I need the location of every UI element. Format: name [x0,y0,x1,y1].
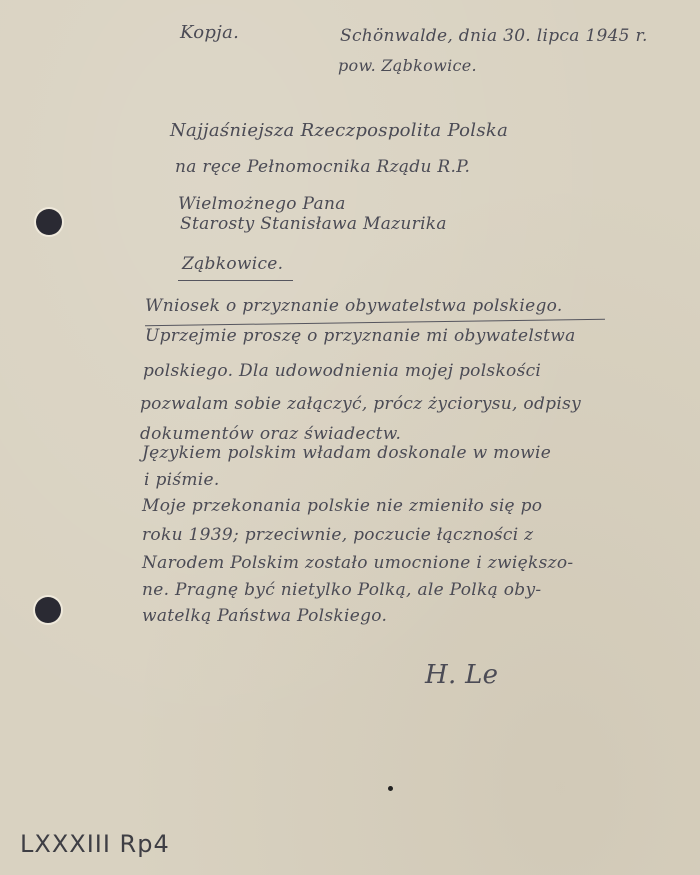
body-line-6: i piśmie. [144,470,220,490]
body-line-4: dokumentów oraz świadectw. [140,424,401,444]
body-line-7: Moje przekonania polskie nie zmieniło si… [142,496,542,516]
document-page: Kopja. Schönwalde, dnia 30. lipca 1945 r… [0,0,700,875]
district: pow. Ząbkowice. [338,56,477,75]
addressee-line-3: Wielmożnego Pana [178,194,346,214]
addressee-line-4: Starosty Stanisława Mazurika [180,214,447,234]
addressee-line-5: Ząbkowice. [182,254,283,274]
copy-label: Kopja. [180,22,239,43]
body-line-8: roku 1939; przeciwnie, poczucie łącznośc… [142,525,533,545]
paper-mark-dot [388,786,393,791]
signature: H. Le [425,660,498,690]
punch-hole-bottom [35,597,61,623]
archive-mark: LXXXIII Rp4 [20,830,170,858]
addressee-line-2: na ręce Pełnomocnika Rządu R.P. [175,157,470,177]
body-line-1: Uprzejmie proszę o przyznanie mi obywate… [145,326,576,346]
body-line-11: watelką Państwa Polskiego. [142,606,387,626]
body-line-5: Językiem polskim władam doskonale w mowi… [142,443,551,463]
body-line-3: pozwalam sobie załączyć, prócz życiorysu… [140,394,581,414]
addressee-underline [178,280,293,281]
punch-hole-top [36,209,62,235]
addressee-line-1: Najjaśniejsza Rzeczpospolita Polska [170,120,508,141]
subject-line: Wniosek o przyznanie obywatelstwa polski… [145,296,563,316]
body-line-10: ne. Pragnę być nietylko Polką, ale Polką… [142,580,541,600]
body-line-9: Narodem Polskim zostało umocnione i zwię… [142,553,573,573]
place-date: Schönwalde, dnia 30. lipca 1945 r. [340,26,648,46]
body-line-2: polskiego. Dla udowodnienia mojej polsko… [143,361,541,381]
